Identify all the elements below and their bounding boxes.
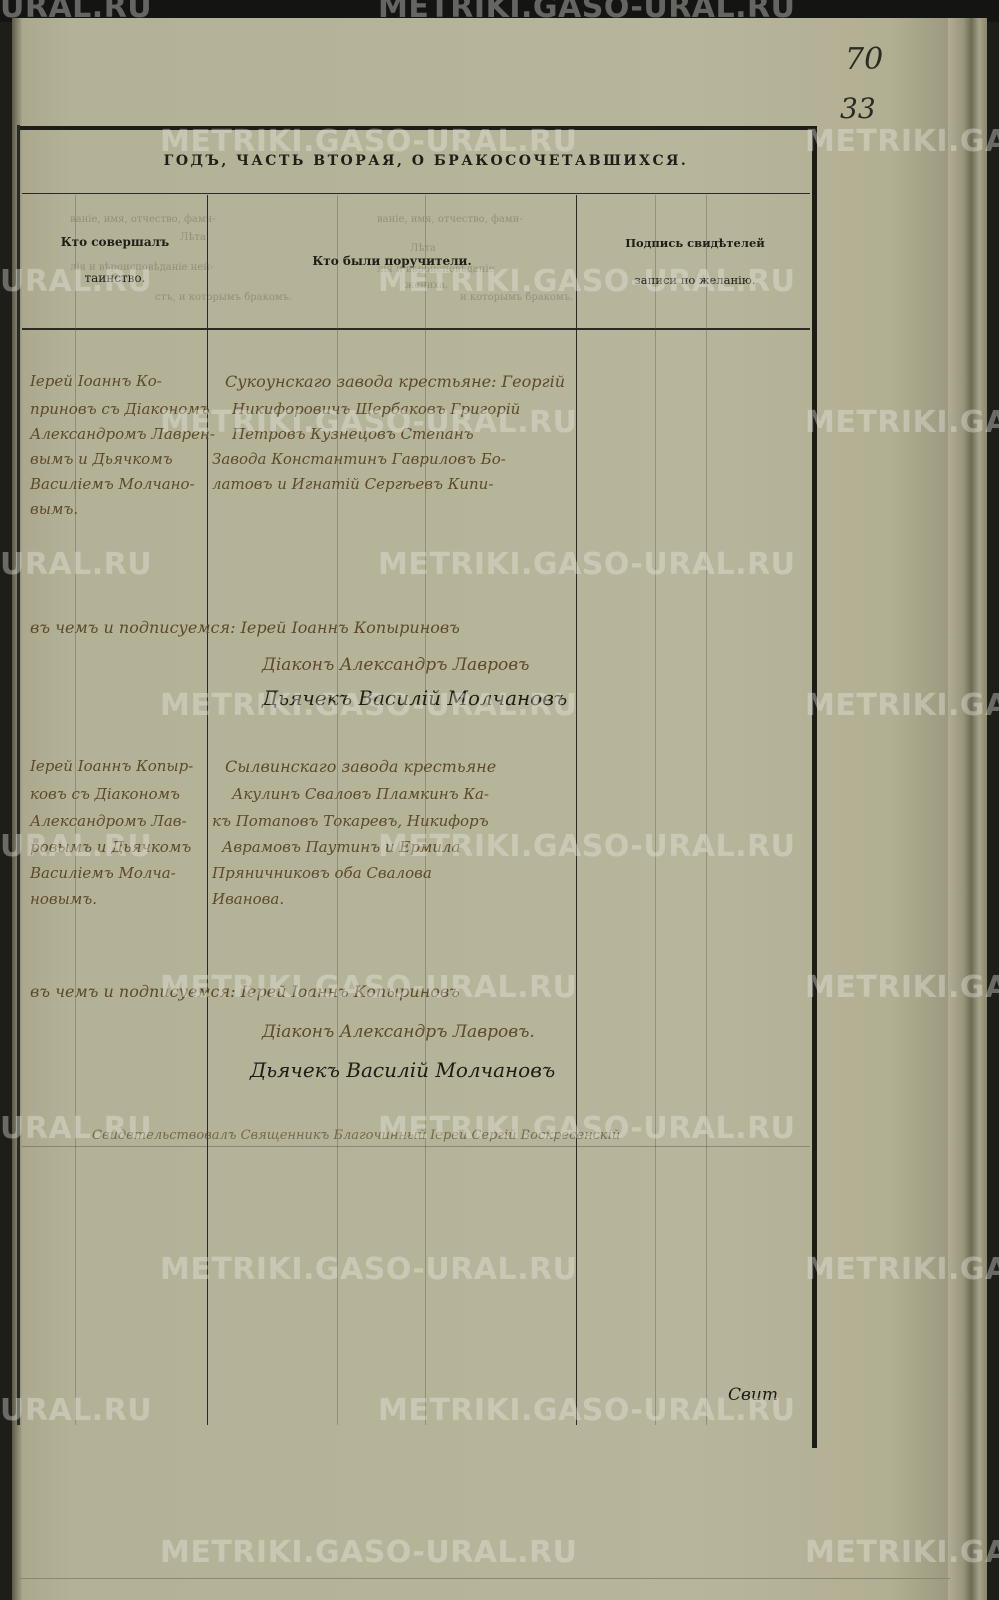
entry-attestation-line: Дiаконъ Александръ Лавровъ xyxy=(262,655,529,675)
entry-sureties-line: Петровъ Кузнецовъ Степанъ xyxy=(232,425,474,443)
page-fold xyxy=(20,1578,950,1579)
entry-sureties-line: Акулинъ Сваловъ Пламкинъ Ка- xyxy=(232,785,489,803)
bleed-through-text: жениха. xyxy=(405,280,448,291)
entry-officiant-line: Александромъ Лаврен- xyxy=(30,425,215,443)
page-right-edge xyxy=(948,18,987,1600)
entry-officiant-line: Iерей Iоаннъ Копыр- xyxy=(30,757,193,775)
entry-sureties-line: Иванова. xyxy=(212,890,284,908)
column-divider-2 xyxy=(576,195,577,1425)
entry-officiant-line: Александромъ Лав- xyxy=(30,812,187,830)
entry-officiant-line: вымъ и Дьячкомъ xyxy=(30,450,173,468)
entry-sureties-line: латовъ и Игнатiй Сергѣевъ Кипи- xyxy=(212,475,493,493)
folio-number: 70 xyxy=(845,42,883,77)
entry-sureties-line: Завода Константинъ Гавриловъ Бо- xyxy=(212,450,506,468)
header-officiant-line1: Кто совершалъ xyxy=(40,235,190,249)
entry-attestation-line: въ чемъ и подписуемся: Iерей Iоаннъ Копы… xyxy=(30,618,460,637)
header-witness-signatures-line1: Подпись свидѣтелей xyxy=(590,236,800,250)
entry-sureties-line: Сылвинскаго завода крестьяне xyxy=(225,757,496,776)
bleed-through-text: стъ, и которымъ бракомъ. xyxy=(155,292,292,303)
entry-officiant-line: вымъ. xyxy=(30,500,78,518)
entry-officiant-line: Василiемъ Молчано- xyxy=(30,475,195,493)
column-divider-1 xyxy=(207,195,208,1425)
bleed-through-text: и которымъ бракомъ. xyxy=(460,292,573,303)
bleed-through-text: Лѣта xyxy=(410,243,436,254)
faint-rule xyxy=(706,195,707,1425)
register-title-row: ГОДЪ, ЧАСТЬ ВТОРАЯ, О БРАКОСОЧЕТАВШИХСЯ. xyxy=(20,130,812,192)
entry-officiant-line: ровымъ и Дьячкомъ xyxy=(30,838,191,856)
header-officiant-line2: таинство. xyxy=(40,271,190,285)
entry-sureties-line: Аврамовъ Паутинъ и Ермила xyxy=(222,838,460,856)
footer-rule xyxy=(22,1146,810,1147)
closing-mark: Свит xyxy=(728,1385,778,1405)
register-title: ГОДЪ, ЧАСТЬ ВТОРАЯ, О БРАКОСОЧЕТАВШИХСЯ. xyxy=(164,153,689,169)
entry-attestation-line: Дьячекъ Василiй Молчановъ xyxy=(250,1058,555,1082)
bleed-through-text: ваніе, имя, отчество, фами- xyxy=(377,214,523,225)
entry-officiant-line: Василiемъ Молча- xyxy=(30,864,176,882)
title-divider xyxy=(22,193,810,194)
dean-verification-note: Свидетельствовалъ Священникъ Благочинный… xyxy=(92,1128,620,1143)
entry-attestation-line: въ чемъ и подписуемся: Iерей Iоаннъ Копы… xyxy=(30,982,460,1001)
entry-sureties-line: Никифоровичъ Щербаковъ Григорiй xyxy=(232,400,520,418)
entry-sureties-line: Пряничниковъ оба Свалова xyxy=(212,864,432,882)
header-witness-signatures-line2: записи по желанію. xyxy=(590,273,800,287)
entry-sureties-line: къ Потаповъ Токаревъ, Никифоръ xyxy=(212,812,489,830)
entry-attestation-line: Дьячекъ Василiй Молчановъ xyxy=(262,686,567,710)
header-divider xyxy=(22,328,810,330)
entry-officiant-line: новымъ. xyxy=(30,890,97,908)
entry-officiant-line: приновъ съ Дiакономъ xyxy=(30,400,210,418)
entry-attestation-line: Дiаконъ Александръ Лавровъ. xyxy=(262,1022,535,1042)
page-number: 33 xyxy=(840,92,876,125)
header-sureties: Кто были поручители. xyxy=(207,254,577,268)
entry-officiant-line: Iерей Iоаннъ Ко- xyxy=(30,372,162,390)
faint-rule xyxy=(655,195,656,1425)
entry-officiant-line: ковъ съ Дiакономъ xyxy=(30,785,180,803)
bleed-through-text: ваніе, имя, отчество, фами- xyxy=(70,214,216,225)
entry-sureties-line: Сукоунскаго завода крестьяне: Георгiй xyxy=(225,372,565,391)
